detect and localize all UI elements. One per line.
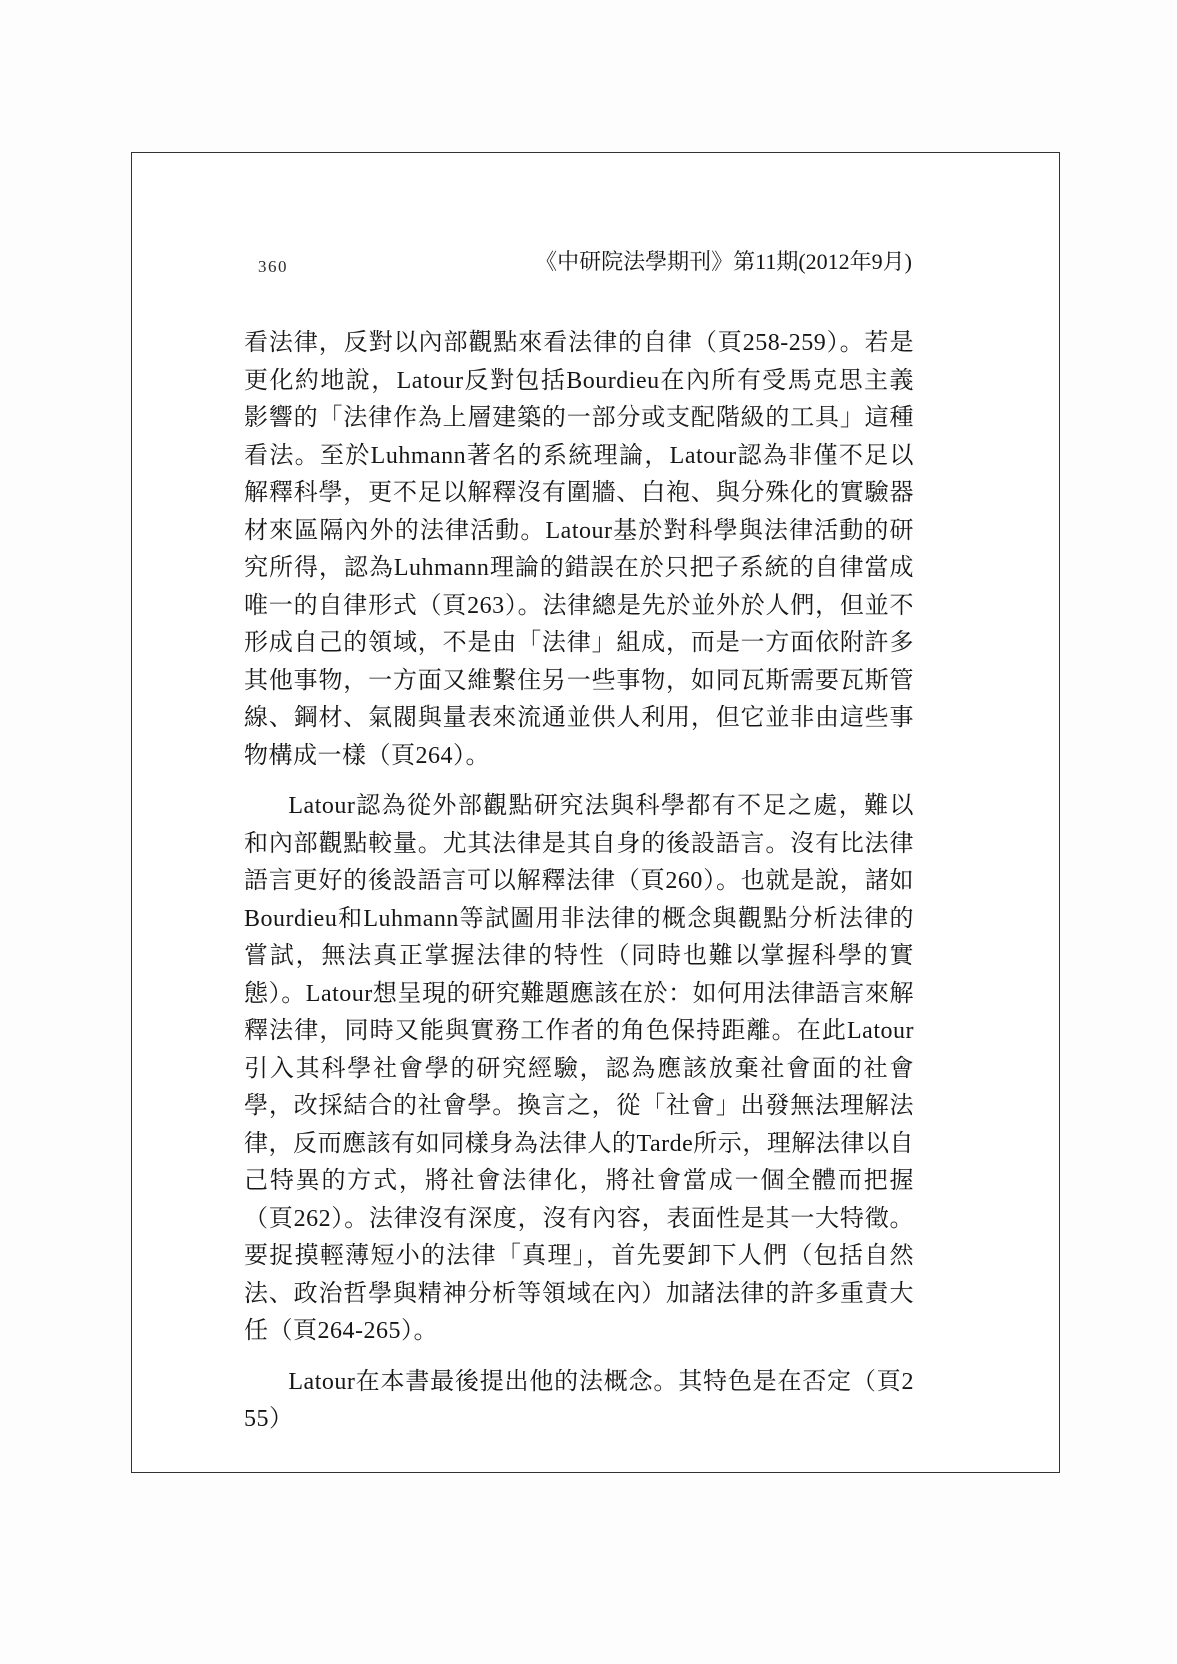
page-header: 360 《中研院法學期刊》第11期(2012年9月) (244, 249, 912, 275)
page-border-frame: 360 《中研院法學期刊》第11期(2012年9月) 看法律，反對以內部觀點來看… (131, 152, 1060, 1473)
scanned-document-page: 360 《中研院法學期刊》第11期(2012年9月) 看法律，反對以內部觀點來看… (0, 0, 1177, 1664)
paragraph-continuation: 看法律，反對以內部觀點來看法律的自律（頁258-259）。若是更化約地說，Lat… (244, 325, 914, 775)
journal-running-title: 《中研院法學期刊》第11期(2012年9月) (535, 249, 912, 275)
article-body: 看法律，反對以內部觀點來看法律的自律（頁258-259）。若是更化約地說，Lat… (244, 325, 914, 1452)
page-number: 360 (244, 258, 288, 275)
paragraph: Latour認為從外部觀點研究法與科學都有不足之處，難以和內部觀點較量。尤其法律… (244, 788, 914, 1351)
paragraph: Latour在本書最後提出他的法概念。其特色是在否定（頁255） (244, 1364, 914, 1439)
